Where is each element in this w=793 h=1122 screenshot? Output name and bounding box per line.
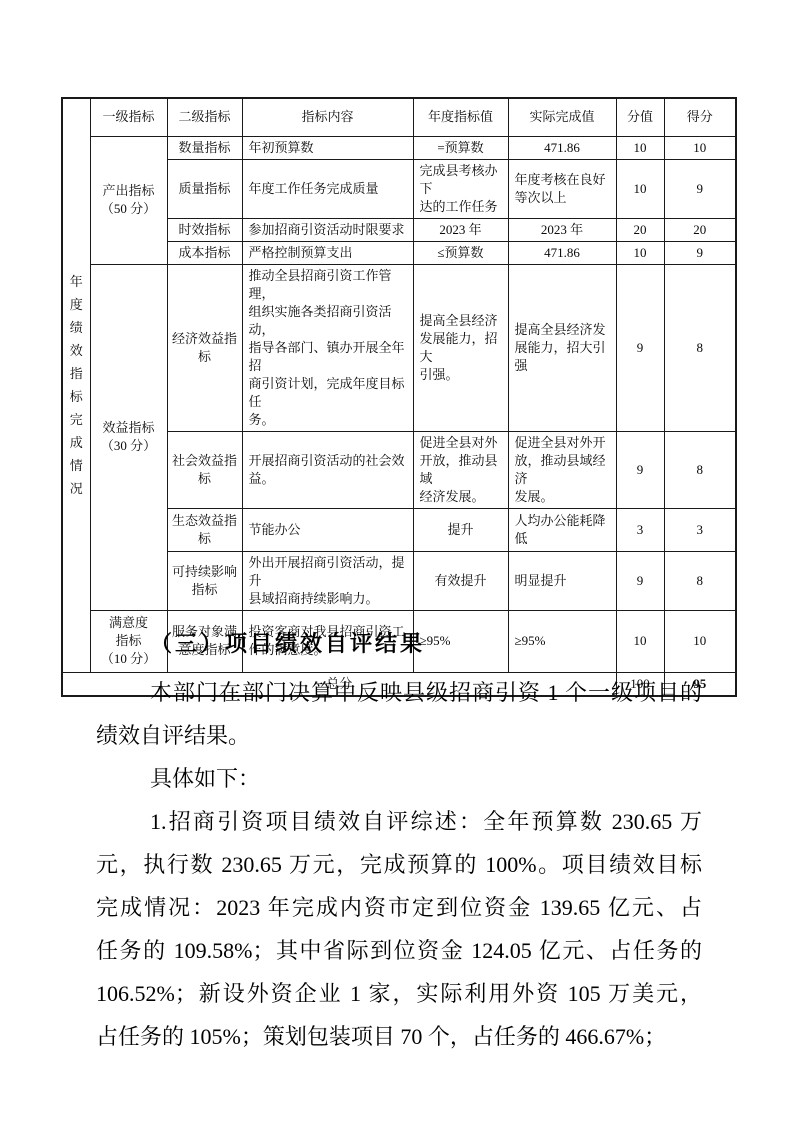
body-line: 具体如下： xyxy=(96,757,702,800)
table-cell: 提高全县经济发 展能力，招大引强 xyxy=(508,264,616,431)
table-cell: 9 xyxy=(616,551,664,610)
column-header: 实际完成值 xyxy=(508,98,616,136)
table-cell: 外出开展招商引资活动，提升 县域招商持续影响力。 xyxy=(242,551,413,610)
performance-indicator-table: 年 度 绩 效 指 标 完 成 情 况一级指标二级指标指标内容年度指标值实际完成… xyxy=(61,97,737,697)
table-cell: 3 xyxy=(616,508,664,551)
table-cell: 年度工作任务完成质量 xyxy=(242,159,413,218)
table-cell: 明显提升 xyxy=(508,551,616,610)
table-cell: 效益指标 （30 分） xyxy=(90,264,167,610)
table-cell: 9 xyxy=(664,241,736,264)
table-cell: 开展招商引资活动的社会效 益。 xyxy=(242,431,413,508)
body-line: 占任务的 105%；策划包装项目 70 个，占任务的 466.67%； xyxy=(96,1015,702,1058)
table-cell: 可持续影响 指标 xyxy=(167,551,242,610)
table-cell: 有效提升 xyxy=(413,551,508,610)
table-cell: 8 xyxy=(664,551,736,610)
table-cell: 10 xyxy=(664,136,736,159)
body-line: 1.招商引资项目绩效自评综述：全年预算数 230.65 万 xyxy=(96,800,702,843)
table-cell: 完成县考核办下 达的工作任务 xyxy=(413,159,508,218)
table-cell: 8 xyxy=(664,264,736,431)
column-header: 分值 xyxy=(616,98,664,136)
body-line: 绩效自评结果。 xyxy=(96,714,702,757)
table-cell: =预算数 xyxy=(413,136,508,159)
table-cell: 9 xyxy=(664,159,736,218)
table-cell: 节能办公 xyxy=(242,508,413,551)
table-cell: 质量指标 xyxy=(167,159,242,218)
table-cell: 参加招商引资活动时限要求 xyxy=(242,218,413,241)
table-cell: 10 xyxy=(616,159,664,218)
table-cell: 3 xyxy=(664,508,736,551)
table-cell: 471.86 xyxy=(508,136,616,159)
column-header: 二级指标 xyxy=(167,98,242,136)
table-cell: 471.86 xyxy=(508,241,616,264)
column-header: 年度指标值 xyxy=(413,98,508,136)
table-cell: 年初预算数 xyxy=(242,136,413,159)
table-cell: 经济效益指 标 xyxy=(167,264,242,431)
vertical-axis-label: 年 度 绩 效 指 标 完 成 情 况 xyxy=(62,98,90,672)
table-cell: 提高全县经济 发展能力，招大 引强。 xyxy=(413,264,508,431)
document-page: 年 度 绩 效 指 标 完 成 情 况一级指标二级指标指标内容年度指标值实际完成… xyxy=(0,0,793,1122)
table-cell: 年度考核在良好 等次以上 xyxy=(508,159,616,218)
table-cell: 9 xyxy=(616,431,664,508)
table-cell: 提升 xyxy=(413,508,508,551)
table-cell: 20 xyxy=(664,218,736,241)
table-cell: 促进全县对外开 放，推动县域经济 发展。 xyxy=(508,431,616,508)
column-header: 指标内容 xyxy=(242,98,413,136)
table-cell: 2023 年 xyxy=(413,218,508,241)
table-cell: 社会效益指 标 xyxy=(167,431,242,508)
section-heading: （三）项目绩效自评结果 xyxy=(96,622,702,665)
body-line: 完成情况：2023 年完成内资市定到位资金 139.65 亿元、占 xyxy=(96,886,702,929)
table-cell: 人均办公能耗降 低 xyxy=(508,508,616,551)
body-line: 任务的 109.58%；其中省际到位资金 124.05 亿元、占任务的 xyxy=(96,929,702,972)
table-cell: 10 xyxy=(616,136,664,159)
table-cell: 严格控制预算支出 xyxy=(242,241,413,264)
table-cell: 2023 年 xyxy=(508,218,616,241)
table-cell: 时效指标 xyxy=(167,218,242,241)
table-cell: 产出指标 （50 分） xyxy=(90,136,167,264)
column-header: 得分 xyxy=(664,98,736,136)
table-row: 产出指标 （50 分）数量指标年初预算数=预算数471.861010 xyxy=(62,136,736,159)
table-cell: ≤预算数 xyxy=(413,241,508,264)
table-cell: 生态效益指 标 xyxy=(167,508,242,551)
table-cell: 数量指标 xyxy=(167,136,242,159)
table-cell: 10 xyxy=(616,241,664,264)
body-line: 106.52%；新设外资企业 1 家，实际利用外资 105 万美元， xyxy=(96,972,702,1015)
body-line: 元，执行数 230.65 万元，完成预算的 100%。项目绩效目标 xyxy=(96,843,702,886)
table-cell: 8 xyxy=(664,431,736,508)
table-body: 年 度 绩 效 指 标 完 成 情 况一级指标二级指标指标内容年度指标值实际完成… xyxy=(62,98,736,696)
table-header-row: 年 度 绩 效 指 标 完 成 情 况一级指标二级指标指标内容年度指标值实际完成… xyxy=(62,98,736,136)
table-row: 效益指标 （30 分）经济效益指 标推动全县招商引资工作管理， 组织实施各类招商… xyxy=(62,264,736,431)
table-cell: 促进全县对外 开放，推动县域 经济发展。 xyxy=(413,431,508,508)
table-cell: 成本指标 xyxy=(167,241,242,264)
table-cell: 9 xyxy=(616,264,664,431)
body-line: 本部门在部门决算中反映县级招商引资 1 个一级项目的 xyxy=(96,671,702,714)
table-cell: 20 xyxy=(616,218,664,241)
body-text: （三）项目绩效自评结果 本部门在部门决算中反映县级招商引资 1 个一级项目的绩效… xyxy=(96,622,702,1058)
table-cell: 推动全县招商引资工作管理， 组织实施各类招商引资活动， 指导各部门、镇办开展全年… xyxy=(242,264,413,431)
column-header: 一级指标 xyxy=(90,98,167,136)
